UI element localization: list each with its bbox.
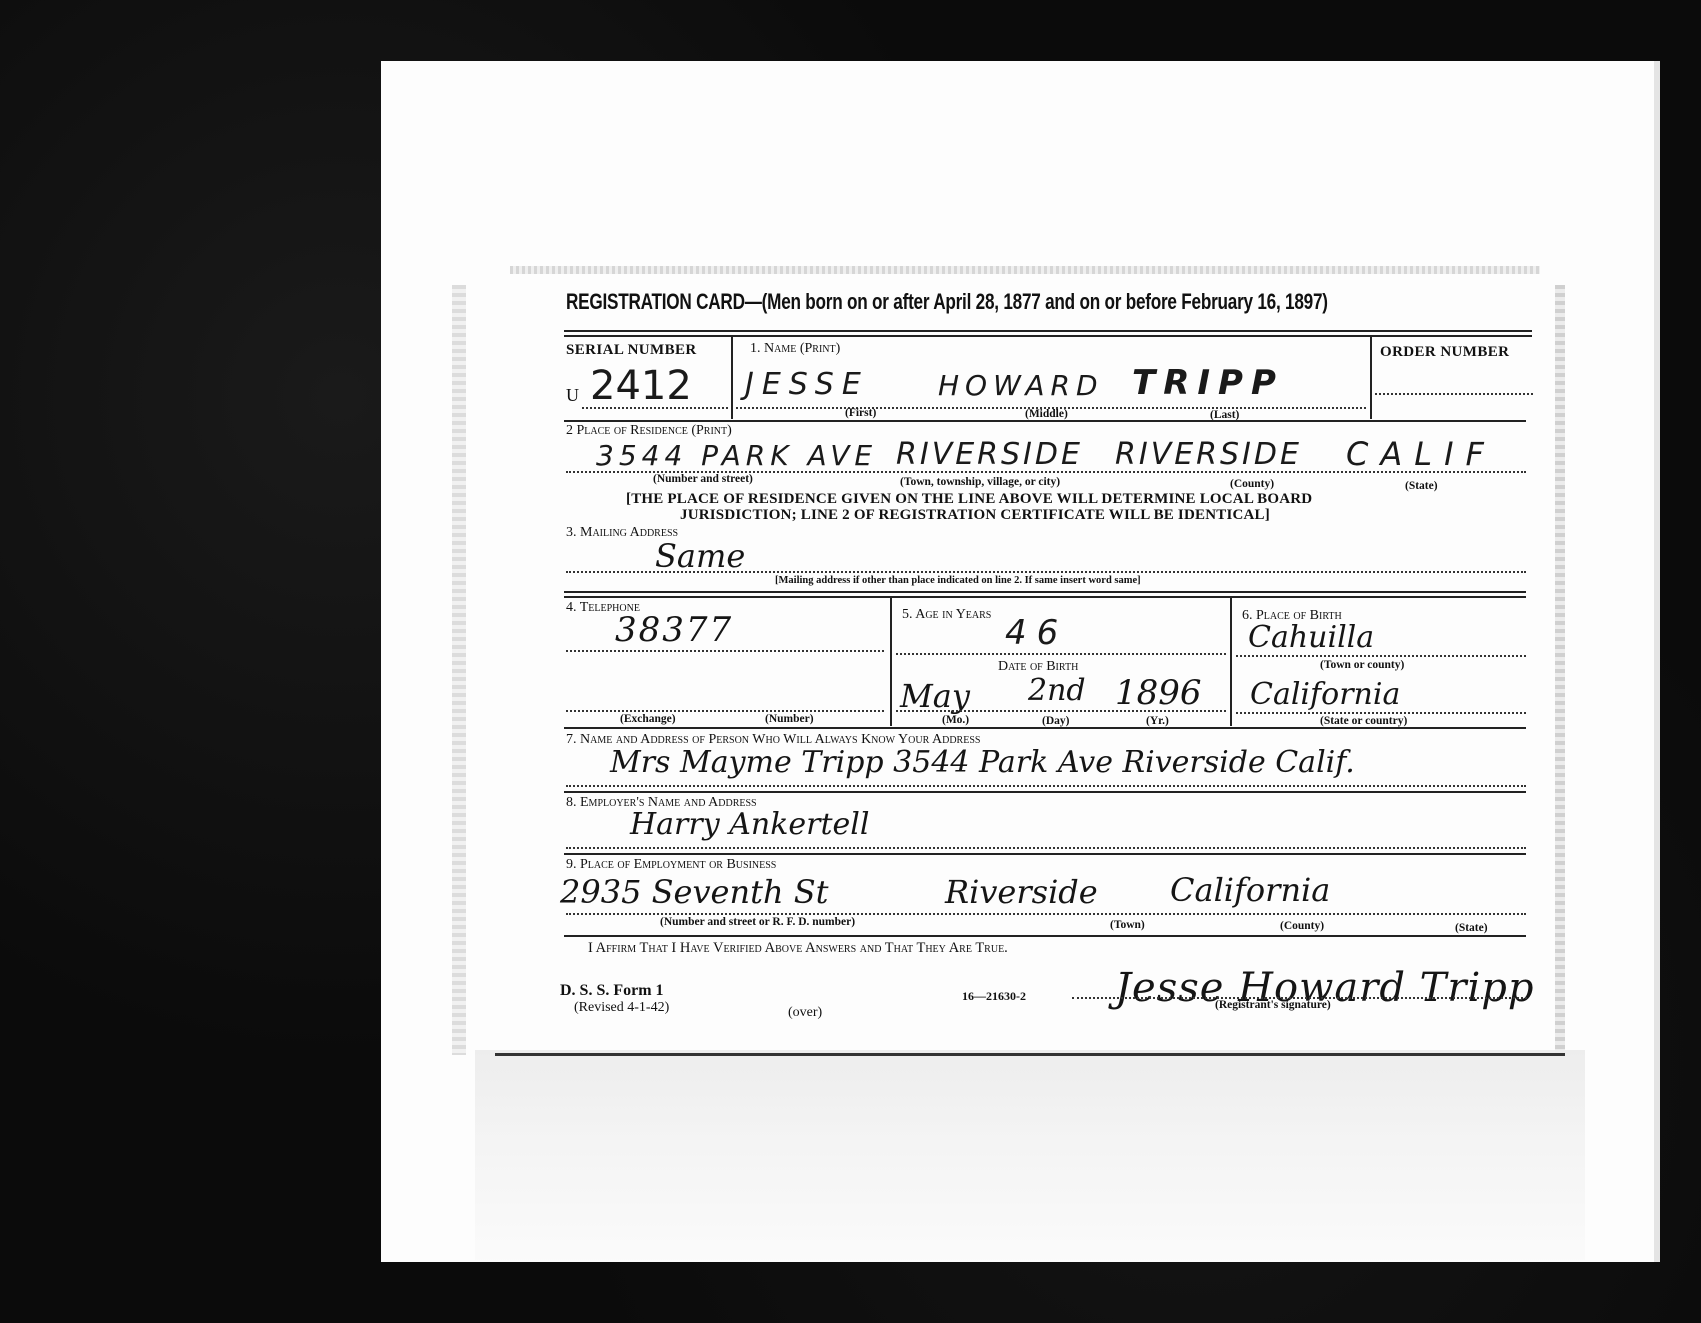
- dob-day[interactable]: 2nd: [1028, 673, 1086, 708]
- form-number: D. S. S. Form 1: [560, 982, 664, 1000]
- row3-rule-2: [564, 596, 1526, 598]
- residence-street[interactable]: 3544 PARK AVE: [596, 439, 877, 472]
- employment-line: [566, 913, 1526, 915]
- residence-label: 2 Place of Residence (Print): [566, 423, 732, 439]
- contact-line: [566, 785, 1526, 787]
- caption-birth-state: (State or country): [1320, 715, 1407, 727]
- employment-street[interactable]: 2935 Seventh St: [560, 873, 829, 911]
- caption-emp-county: (County): [1280, 920, 1324, 932]
- caption-exchange: (Exchange): [620, 713, 676, 725]
- row7-rule: [564, 791, 1526, 793]
- caption-number: (Number): [765, 713, 814, 725]
- mailing-caption: [Mailing address if other than place ind…: [775, 575, 1141, 586]
- row8-rule: [564, 853, 1526, 855]
- form-revised: (Revised 4-1-42): [574, 1000, 669, 1016]
- caption-first: (First): [845, 407, 876, 419]
- scan-shadow: [475, 1050, 1585, 1260]
- mailing-line: [566, 571, 1526, 573]
- row3-rule-1: [564, 591, 1526, 593]
- card-left-edge: [452, 285, 466, 1055]
- order-line: [1375, 393, 1533, 395]
- card-bottom-edge: [495, 1053, 1565, 1056]
- employer-value[interactable]: Harry Ankertell: [630, 807, 869, 842]
- caption-month: (Mo.): [942, 714, 969, 726]
- residence-notice-1: [THE PLACE OF RESIDENCE GIVEN ON THE LIN…: [626, 491, 1312, 508]
- age-label: 5. Age in Years: [902, 607, 991, 623]
- mailing-value[interactable]: Same: [655, 537, 745, 575]
- order-divider: [1370, 337, 1372, 419]
- print-code: 16—21630-2: [962, 989, 1026, 1004]
- age-birth-divider: [1230, 598, 1232, 726]
- name-last[interactable]: TRIPP: [1132, 363, 1284, 403]
- signature-caption: (Registrant's signature): [1215, 999, 1331, 1011]
- telephone-line-2: [566, 710, 884, 712]
- telephone-value[interactable]: 38377: [615, 610, 733, 650]
- telephone-line-1: [566, 650, 884, 652]
- residence-state[interactable]: CALIF: [1346, 435, 1496, 473]
- birthplace-line-1: [1236, 655, 1526, 657]
- caption-emp-town: (Town): [1110, 919, 1145, 931]
- tel-age-divider: [890, 598, 892, 726]
- title-rule-2: [564, 335, 1532, 337]
- registration-card: REGISTRATION CARD—(Men born on or after …: [560, 285, 1536, 1045]
- serial-number-value[interactable]: 2412: [590, 363, 692, 409]
- caption-street: (Number and street): [653, 473, 753, 485]
- caption-day: (Day): [1042, 715, 1069, 727]
- birthplace-line-2: [1236, 712, 1526, 714]
- row4-rule: [564, 727, 1526, 729]
- age-line: [896, 653, 1226, 655]
- serial-prefix: U: [566, 385, 579, 406]
- title-rule-1: [564, 330, 1532, 332]
- contact-value[interactable]: Mrs Mayme Tripp 3544 Park Ave Riverside …: [610, 745, 1355, 780]
- caption-state: (State): [1405, 480, 1438, 492]
- serial-number-label: SERIAL NUMBER: [566, 342, 697, 359]
- name-label: 1. Name (Print): [750, 341, 840, 357]
- affirmation-text: I Affirm That I Have Verified Above Answ…: [588, 940, 1008, 957]
- name-first[interactable]: JESSE: [745, 367, 869, 402]
- employment-town[interactable]: Riverside: [945, 873, 1098, 911]
- caption-county: (County): [1230, 478, 1274, 490]
- residence-county[interactable]: RIVERSIDE: [1115, 437, 1302, 472]
- serial-divider: [731, 337, 733, 419]
- caption-birth-town: (Town or county): [1320, 659, 1404, 671]
- order-number-label: ORDER NUMBER: [1380, 344, 1509, 361]
- serial-line: [582, 407, 728, 409]
- residence-town[interactable]: RIVERSIDE: [896, 437, 1083, 472]
- residence-notice-2: JURISDICTION; LINE 2 OF REGISTRATION CER…: [680, 507, 1270, 524]
- employer-line: [566, 847, 1526, 849]
- card-right-edge: [1555, 285, 1565, 1055]
- caption-year: (Yr.): [1146, 715, 1169, 727]
- name-middle[interactable]: HOWARD: [938, 369, 1104, 402]
- dob-year[interactable]: 1896: [1115, 673, 1202, 713]
- over-note: (over): [788, 1005, 822, 1021]
- row1-rule: [564, 420, 1526, 422]
- birthplace-town[interactable]: Cahuilla: [1248, 620, 1374, 655]
- dob-line: [896, 710, 1226, 712]
- card-title: REGISTRATION CARD—(Men born on or after …: [566, 289, 1328, 315]
- row9-rule: [564, 935, 1526, 937]
- caption-town: (Town, township, village, or city): [900, 476, 1060, 488]
- employment-label: 9. Place of Employment or Business: [566, 857, 776, 873]
- card-top-edge: [510, 266, 1540, 274]
- employment-county[interactable]: California: [1170, 871, 1330, 909]
- age-value[interactable]: 46: [1005, 613, 1068, 653]
- caption-middle: (Middle): [1025, 408, 1068, 420]
- birthplace-state[interactable]: California: [1250, 677, 1400, 712]
- caption-emp-street: (Number and street or R. F. D. number): [660, 916, 855, 928]
- caption-emp-state: (State): [1455, 922, 1488, 934]
